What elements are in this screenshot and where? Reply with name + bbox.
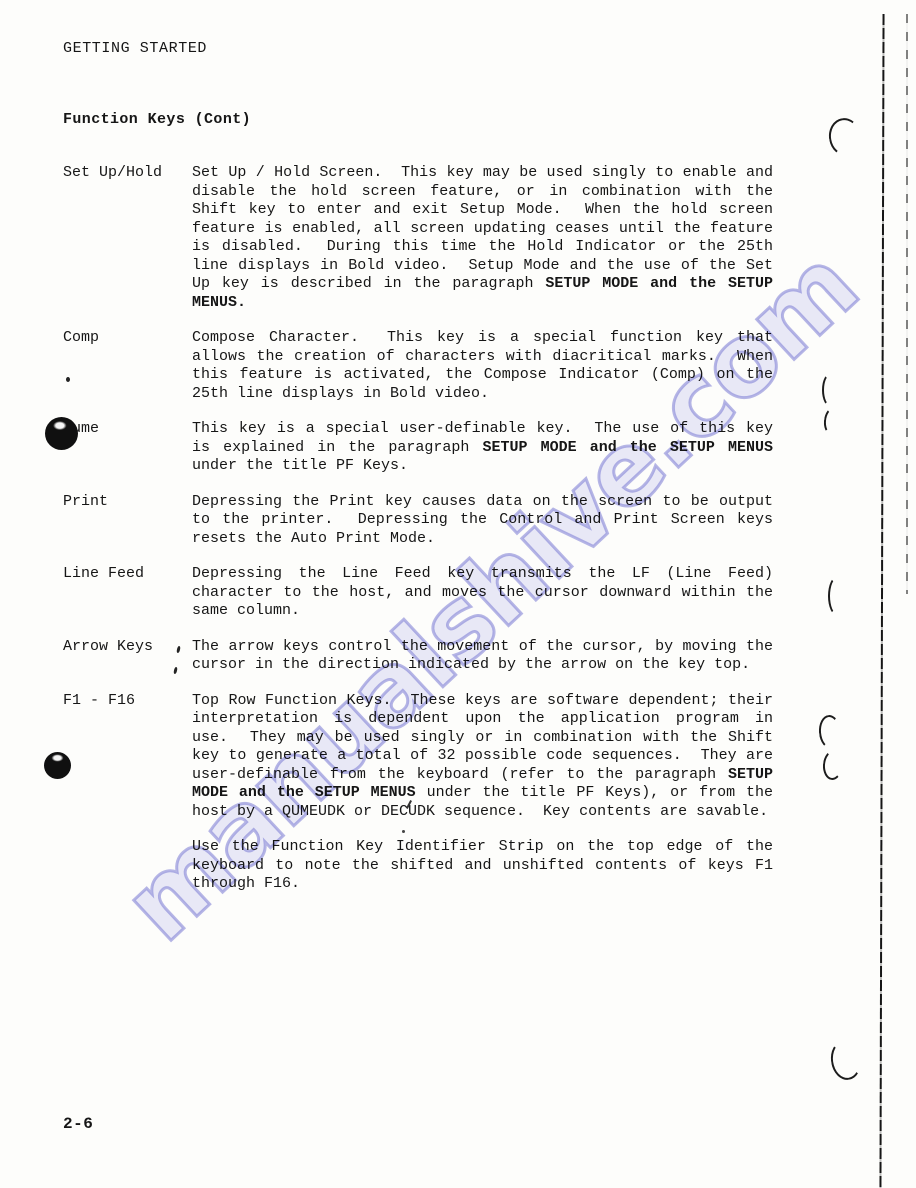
key-description: Depressing the Line Feed key transmits t…	[192, 565, 773, 621]
text-run: 25th line displays in Bold video.	[192, 385, 489, 402]
scan-edge-line-faint	[906, 14, 908, 594]
bold-text-run: SETUP MODE and the SETUP MENUS	[483, 439, 774, 456]
scan-curve-mark	[822, 373, 839, 407]
text-run: use. They may be used singly or in combi…	[192, 729, 773, 746]
text-line: interpretation is dependent upon the app…	[192, 710, 773, 729]
text-run: cursor in the direction indicated by the…	[192, 656, 750, 673]
text-line: Use the Function Key Identifier Strip on…	[192, 838, 773, 857]
page-header: GETTING STARTED	[63, 40, 207, 57]
text-run: This key is a special user-definable key…	[192, 420, 773, 437]
key-term: Arrow Keys	[63, 638, 192, 675]
description-paragraph: Depressing the Line Feed key transmits t…	[192, 565, 773, 621]
scan-curve-mark	[826, 116, 864, 159]
text-line: Depressing the Print key causes data on …	[192, 493, 773, 512]
key-term: Print	[63, 493, 192, 549]
text-run: key to generate a total of 32 possible c…	[192, 747, 773, 764]
key-term: Comp	[63, 329, 192, 403]
scan-curve-mark	[822, 749, 845, 781]
text-line: is explained in the paragraph SETUP MODE…	[192, 439, 773, 458]
bold-text-run: MENUS.	[192, 294, 246, 311]
key-description: Set Up / Hold Screen. This key may be us…	[192, 164, 773, 312]
bold-text-run: SETUP MODE and the SETUP	[545, 275, 773, 292]
key-description: The arrow keys control the movement of t…	[192, 638, 773, 675]
key-term: F1 - F16	[63, 692, 192, 894]
key-term: Set Up/Hold	[63, 164, 192, 312]
scan-speck	[402, 830, 405, 833]
text-run: this feature is activated, the Compose I…	[192, 366, 773, 383]
text-run: Top Row Function Keys. These keys are so…	[192, 692, 773, 709]
text-line: Top Row Function Keys. These keys are so…	[192, 692, 773, 711]
text-run: feature is enabled, all screen updating …	[192, 220, 773, 237]
text-run: user-definable from the keyboard (refer …	[192, 766, 728, 783]
scan-curve-mark	[823, 407, 841, 434]
key-term: Qume	[63, 420, 192, 476]
definition-entry: F1 - F16Top Row Function Keys. These key…	[63, 692, 775, 894]
scan-edge-line	[879, 14, 884, 1188]
text-run: under the title PF Keys), or from the	[416, 784, 773, 801]
scan-speck	[66, 377, 70, 382]
text-run: host by a QUMEUDK or DECUDK sequence. Ke…	[192, 803, 768, 820]
definition-entry: Set Up/HoldSet Up / Hold Screen. This ke…	[63, 164, 775, 312]
text-run: keyboard to note the shifted and unshift…	[192, 857, 773, 874]
text-line: through F16.	[192, 875, 773, 894]
key-description: This key is a special user-definable key…	[192, 420, 773, 476]
definition-entry: CompCompose Character. This key is a spe…	[63, 329, 775, 403]
scanned-manual-page: GETTING STARTED Function Keys (Cont) Set…	[0, 0, 916, 1188]
text-line: Compose Character. This key is a special…	[192, 329, 773, 348]
text-run: The arrow keys control the movement of t…	[192, 638, 773, 655]
text-line: disable the hold screen feature, or in c…	[192, 183, 773, 202]
text-run: is explained in the paragraph	[192, 439, 483, 456]
description-paragraph: Compose Character. This key is a special…	[192, 329, 773, 403]
function-keys-definition-list: Set Up/HoldSet Up / Hold Screen. This ke…	[63, 164, 775, 911]
text-line: to the printer. Depressing the Control a…	[192, 511, 773, 530]
text-run: Depressing the Print key causes data on …	[192, 493, 773, 510]
text-run: Set Up / Hold Screen. This key may be us…	[192, 164, 773, 181]
text-line: character to the host, and moves the cur…	[192, 584, 773, 603]
text-line: MENUS.	[192, 294, 773, 313]
scan-curve-mark	[828, 576, 847, 616]
text-line: MODE and the SETUP MENUS under the title…	[192, 784, 773, 803]
text-run: resets the Auto Print Mode.	[192, 530, 435, 547]
text-run: disable the hold screen feature, or in c…	[192, 183, 773, 200]
definition-entry: QumeThis key is a special user-definable…	[63, 420, 775, 476]
text-run: interpretation is dependent upon the app…	[192, 710, 773, 727]
key-description: Top Row Function Keys. These keys are so…	[192, 692, 773, 894]
text-line: host by a QUMEUDK or DECUDK sequence. Ke…	[192, 803, 773, 822]
description-paragraph: The arrow keys control the movement of t…	[192, 638, 773, 675]
text-line: feature is enabled, all screen updating …	[192, 220, 773, 239]
text-run: Depressing the Line Feed key transmits t…	[192, 565, 773, 582]
scan-curve-mark	[818, 714, 843, 750]
text-line: resets the Auto Print Mode.	[192, 530, 773, 549]
description-paragraph: This key is a special user-definable key…	[192, 420, 773, 476]
text-run: character to the host, and moves the cur…	[192, 584, 773, 601]
ink-blob-left-margin	[44, 752, 71, 779]
text-line: same column.	[192, 602, 773, 621]
text-line: use. They may be used singly or in combi…	[192, 729, 773, 748]
key-description: Depressing the Print key causes data on …	[192, 493, 773, 549]
text-run: is disabled. During this time the Hold I…	[192, 238, 773, 255]
text-line: line displays in Bold video. Setup Mode …	[192, 257, 773, 276]
text-line: Set Up / Hold Screen. This key may be us…	[192, 164, 773, 183]
text-line: This key is a special user-definable key…	[192, 420, 773, 439]
text-line: is disabled. During this time the Hold I…	[192, 238, 773, 257]
text-run: Compose Character. This key is a special…	[192, 329, 773, 346]
description-paragraph: Top Row Function Keys. These keys are so…	[192, 692, 773, 822]
text-line: allows the creation of characters with d…	[192, 348, 773, 367]
description-paragraph: Set Up / Hold Screen. This key may be us…	[192, 164, 773, 312]
ink-blob-over-qume	[45, 417, 78, 450]
text-run: Use the Function Key Identifier Strip on…	[192, 838, 773, 855]
text-line: 25th line displays in Bold video.	[192, 385, 773, 404]
text-run: line displays in Bold video. Setup Mode …	[192, 257, 773, 274]
section-title: Function Keys (Cont)	[63, 111, 251, 128]
key-description: Compose Character. This key is a special…	[192, 329, 773, 403]
text-line: this feature is activated, the Compose I…	[192, 366, 773, 385]
page-number: 2-6	[63, 1115, 93, 1133]
text-line: Depressing the Line Feed key transmits t…	[192, 565, 773, 584]
description-paragraph: Depressing the Print key causes data on …	[192, 493, 773, 549]
text-line: Up key is described in the paragraph SET…	[192, 275, 773, 294]
text-run: same column.	[192, 602, 300, 619]
definition-entry: PrintDepressing the Print key causes dat…	[63, 493, 775, 549]
key-term: Line Feed	[63, 565, 192, 621]
text-run: allows the creation of characters with d…	[192, 348, 773, 365]
bold-text-run: SETUP	[728, 766, 773, 783]
text-line: keyboard to note the shifted and unshift…	[192, 857, 773, 876]
description-paragraph: Use the Function Key Identifier Strip on…	[192, 838, 773, 894]
bold-text-run: MODE and the SETUP MENUS	[192, 784, 416, 801]
definition-entry: Arrow KeysThe arrow keys control the mov…	[63, 638, 775, 675]
text-run: through F16.	[192, 875, 300, 892]
text-line: key to generate a total of 32 possible c…	[192, 747, 773, 766]
text-line: Shift key to enter and exit Setup Mode. …	[192, 201, 773, 220]
text-run: Shift key to enter and exit Setup Mode. …	[192, 201, 773, 218]
definition-entry: Line FeedDepressing the Line Feed key tr…	[63, 565, 775, 621]
scan-curve-mark	[828, 1038, 863, 1082]
text-line: user-definable from the keyboard (refer …	[192, 766, 773, 785]
text-line: under the title PF Keys.	[192, 457, 773, 476]
text-line: cursor in the direction indicated by the…	[192, 656, 773, 675]
text-run: Up key is described in the paragraph	[192, 275, 545, 292]
text-run: to the printer. Depressing the Control a…	[192, 511, 773, 528]
text-run: under the title PF Keys.	[192, 457, 408, 474]
text-line: The arrow keys control the movement of t…	[192, 638, 773, 657]
